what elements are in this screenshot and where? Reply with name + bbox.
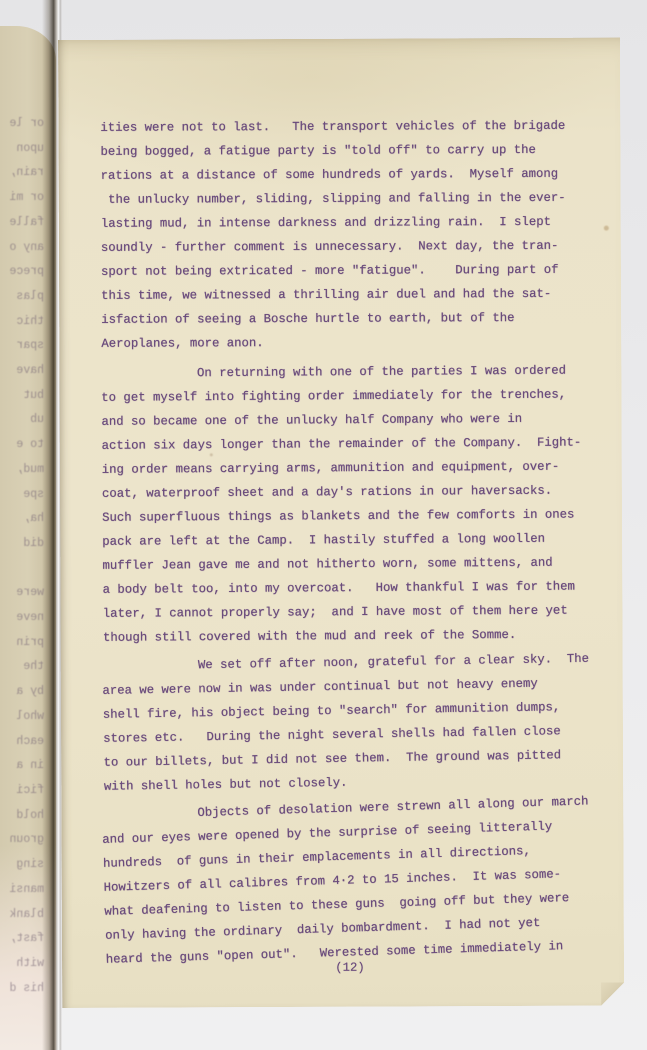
typed-line: rations at a distance of some hundreds o… — [101, 162, 593, 188]
typed-line: muffler Jean gave me and not hitherto wo… — [102, 550, 594, 577]
bleed-fragment: fast, — [0, 927, 44, 952]
bleed-fragment: mansi — [0, 878, 44, 903]
bleed-fragment: were — [0, 581, 44, 606]
typed-line: the unlucky number, sliding, slipping an… — [101, 186, 593, 212]
typed-line: this time, we witnessed a thrilling air … — [101, 282, 593, 308]
bleed-fragment: ha, — [0, 507, 44, 532]
bleed-fragment: rain, — [0, 161, 44, 186]
bleed-fragment: fici — [0, 779, 44, 804]
paragraph: On returning with one of the parties I w… — [101, 358, 595, 649]
typed-line: later, I cannot properly say; and I have… — [103, 598, 595, 625]
bleed-fragment: prin — [0, 631, 44, 656]
bleed-fragment: or le — [0, 112, 44, 137]
bleed-fragment: to e — [0, 433, 44, 458]
bleed-fragment: neve — [0, 606, 44, 631]
bleed-fragment: groun — [0, 828, 44, 853]
bleed-fragment: but — [0, 384, 44, 409]
typed-line: pack are left at the Camp. I hastily stu… — [102, 526, 594, 553]
bleed-fragment: prece — [0, 260, 44, 285]
typed-line: isfaction of seeing a Bosche hurtle to e… — [101, 306, 593, 332]
typed-line: a body belt too, into my overcoat. How t… — [103, 574, 595, 601]
document-page: ities were not to last. The transport ve… — [58, 38, 624, 1008]
paragraph: Objects of desolation were strewn all al… — [101, 789, 598, 972]
typed-line: to get myself into fighting order immedi… — [101, 382, 593, 409]
scanned-page-photo: or leuponrain,or mifalleany opreceplasth… — [0, 0, 647, 1050]
bleed-fragment: ub — [0, 408, 44, 433]
typed-line: being bogged, a fatigue party is "told o… — [100, 138, 592, 164]
bleed-fragment: plas — [0, 285, 44, 310]
typed-line: coat, waterproof sheet and a day's ratio… — [102, 478, 594, 505]
bleed-fragment: any o — [0, 236, 44, 261]
page-number: (12) — [104, 960, 596, 976]
bleed-fragment: by a — [0, 680, 44, 705]
folded-corner — [601, 983, 624, 1006]
paragraph: ities were not to last. The transport ve… — [100, 114, 593, 356]
bleed-fragment: spe — [0, 483, 44, 508]
bleed-fragment: sing — [0, 853, 44, 878]
bleed-fragment: or mi — [0, 186, 44, 211]
bleed-fragment: mud, — [0, 458, 44, 483]
typed-line: sport not being extricated - more "fatig… — [101, 258, 593, 284]
bleed-fragment: with — [0, 952, 44, 977]
typed-line: Aeroplanes, more anon. — [101, 330, 593, 356]
bleed-fragment: did — [0, 532, 44, 557]
bleed-fragment: in a — [0, 754, 44, 779]
typed-line: ing order means carrying arms, ammunitio… — [102, 454, 594, 481]
bleed-fragment: whol — [0, 705, 44, 730]
typed-line: and so became one of the unlucky half Co… — [101, 406, 593, 433]
bleed-fragment: blank — [0, 903, 44, 928]
typed-line: ities were not to last. The transport ve… — [100, 114, 592, 140]
typed-text: ities were not to last. The transport ve… — [100, 114, 596, 972]
bleed-fragment: upon — [0, 137, 44, 162]
paragraph: We set off after noon, grateful for a cl… — [102, 647, 596, 799]
bleed-fragment: hold — [0, 804, 44, 829]
typed-line: though still covered with the mud and re… — [103, 622, 595, 649]
bleed-fragment: his d — [0, 977, 44, 1002]
bleed-fragment — [0, 557, 44, 582]
typed-line: On returning with one of the parties I w… — [101, 358, 593, 385]
paper-stain — [604, 226, 609, 231]
bleed-fragment: thic — [0, 310, 44, 335]
bleed-fragment: each — [0, 730, 44, 755]
typed-line: soundly - further comment is unnecessary… — [101, 234, 593, 260]
bleed-fragment: falle — [0, 211, 44, 236]
typed-line: Such superfluous things as blankets and … — [102, 502, 594, 529]
typed-line: action six days longer than the remainde… — [102, 430, 594, 457]
typed-line: lasting mud, in intense darkness and dri… — [101, 210, 593, 236]
bleed-fragment: the — [0, 655, 44, 680]
bleed-fragment: spar — [0, 334, 44, 359]
bleed-fragment: have — [0, 359, 44, 384]
